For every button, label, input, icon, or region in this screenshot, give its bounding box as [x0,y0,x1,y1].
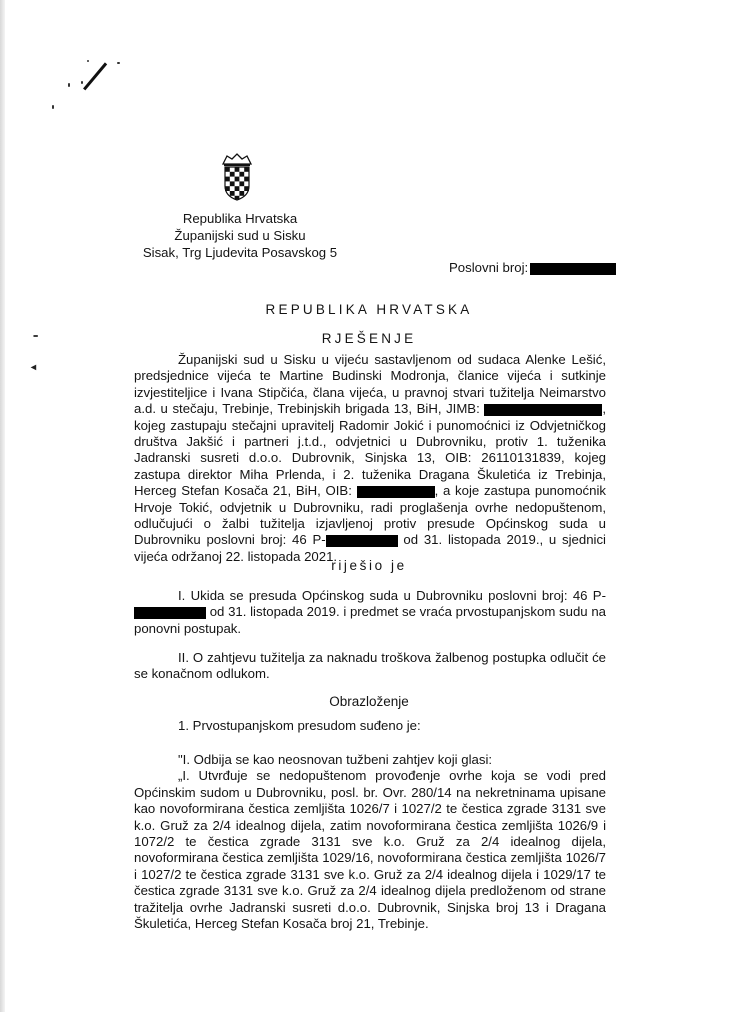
ruling-item-1: I. Ukida se presuda Općinskog suda u Dub… [134,588,606,637]
document-type-title: RJEŠENJE [0,331,738,346]
header-court: Županijski sud u Sisku [140,227,340,244]
case-number-label: Poslovni broj: [449,260,528,275]
court-header: Republika Hrvatska Županijski sud u Sisk… [140,210,340,261]
pen-mark [83,62,107,90]
page-edge [0,0,5,1012]
redaction-bar [530,263,616,275]
quote-line-1: "I. Odbija se kao neosnovan tužbeni zaht… [134,752,606,768]
redaction-bar [134,607,206,619]
intro-paragraph: Županijski sud u Sisku u vijeću sastavlj… [134,352,606,565]
scan-speck [87,60,89,62]
coat-of-arms-icon [220,152,254,202]
case-number: Poslovni broj: [449,260,616,275]
redaction-bar [357,486,435,498]
title-country: REPUBLIKA HRVATSKA [0,302,738,317]
reasoning-paragraph-1: 1. Prvostupanjskom presudom suđeno je: [134,718,606,734]
quote-body: „I. Utvrđuje se nedopuštenom provođenje … [134,768,606,932]
scan-speck [117,62,120,64]
header-country: Republika Hrvatska [140,210,340,227]
redaction-bar [484,404,602,416]
decision-heading: riješio je [0,558,738,573]
scan-speck [81,81,83,84]
ruling-item-2: II. O zahtjevu tužitelja za naknadu troš… [134,650,606,683]
quoted-judgment: "I. Odbija se kao neosnovan tužbeni zaht… [134,752,606,932]
margin-mark: ◂ [31,362,36,373]
scan-speck [52,105,54,109]
scan-speck [68,83,70,87]
redaction-bar [326,535,398,547]
reasoning-heading: Obrazloženje [0,694,738,709]
header-address: Sisak, Trg Ljudevita Posavskog 5 [140,244,340,261]
ruling-text: I. Ukida se presuda Općinskog suda u Dub… [178,588,606,603]
